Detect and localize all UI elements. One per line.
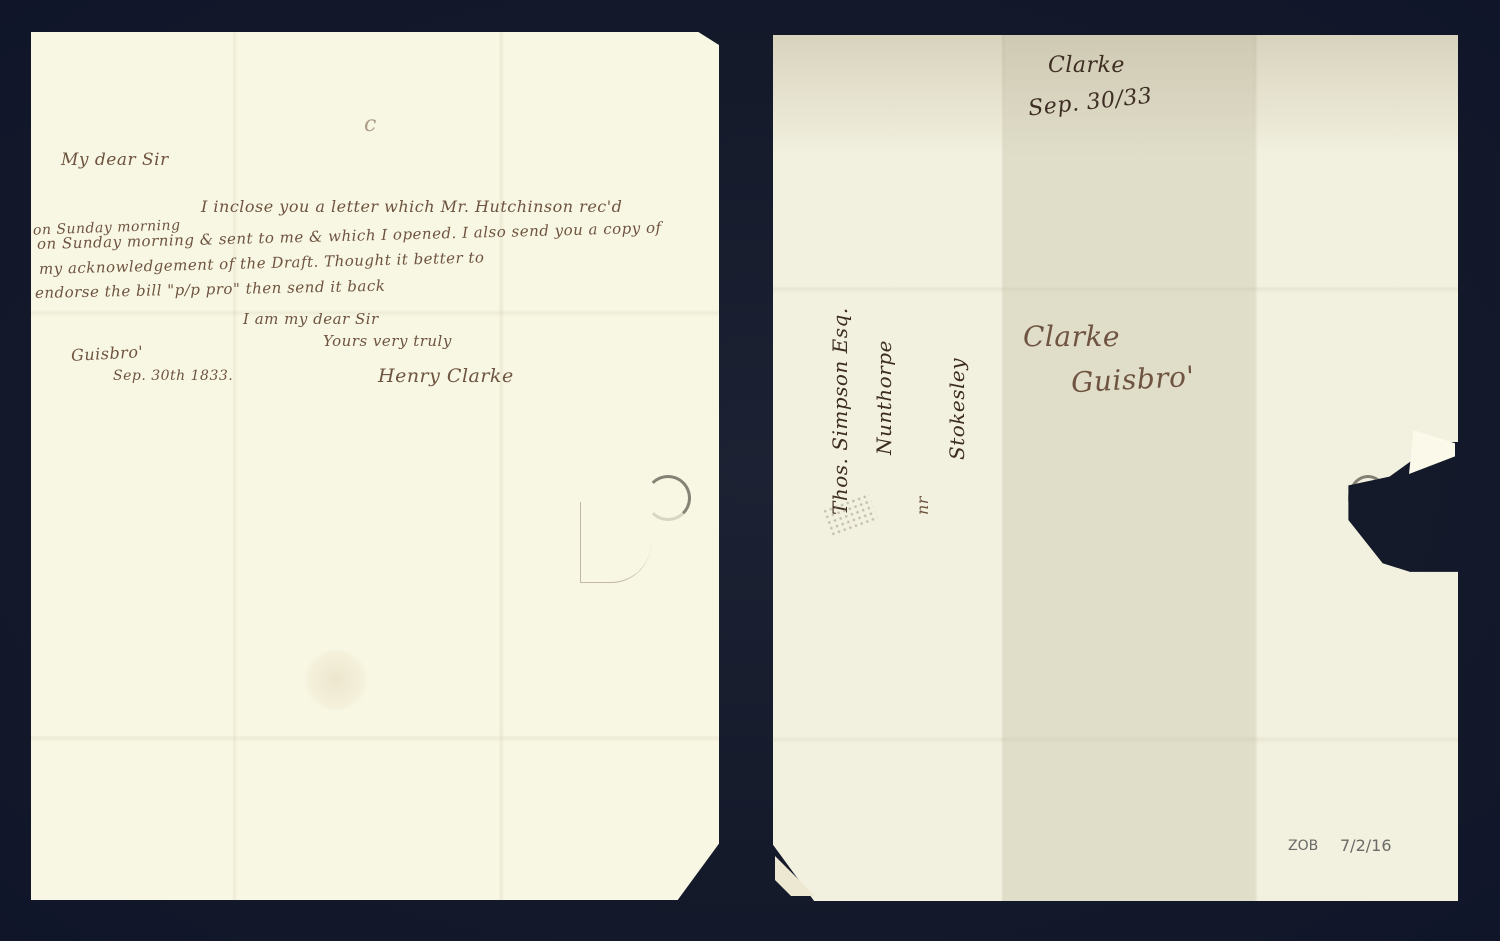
closing-line-2: Yours very truly xyxy=(323,332,452,350)
letter-date: Sep. 30th 1833. xyxy=(113,368,233,384)
body-line-4: endorse the bill "p/p pro" then send it … xyxy=(35,277,386,302)
closing-line-1: I am my dear Sir xyxy=(243,310,379,328)
top-mark: c xyxy=(364,112,377,137)
endorsement-place: Guisbro' xyxy=(1070,360,1195,399)
archive-reference: ZOB xyxy=(1288,838,1318,854)
letter-page-right: Clarke Sep. 30/33 Clarke Guisbro' Thos. … xyxy=(773,35,1458,901)
docket-date: Sep. 30/33 xyxy=(1027,84,1153,122)
address-line-3: nr xyxy=(913,496,932,515)
paper-stain xyxy=(301,650,371,710)
endorsement-name: Clarke xyxy=(1023,320,1120,353)
archive-date: 7/2/16 xyxy=(1340,836,1392,855)
wax-seal-mark xyxy=(645,475,691,521)
address-line-1: Thos. Simpson Esq. xyxy=(828,307,852,515)
body-line-3: my acknowledgement of the Draft. Thought… xyxy=(39,248,485,278)
torn-paper-outline xyxy=(580,502,651,583)
letter-page-left: c My dear Sir I inclose you a letter whi… xyxy=(31,32,719,900)
address-line-2: Nunthorpe xyxy=(872,340,896,455)
docket-name: Clarke xyxy=(1048,53,1125,78)
place-name: Guisbro' xyxy=(71,342,144,365)
address-line-4: Stokesley xyxy=(945,358,969,460)
signature: Henry Clarke xyxy=(378,365,514,387)
salutation: My dear Sir xyxy=(61,150,169,170)
body-line-1: I inclose you a letter which Mr. Hutchin… xyxy=(201,197,622,216)
